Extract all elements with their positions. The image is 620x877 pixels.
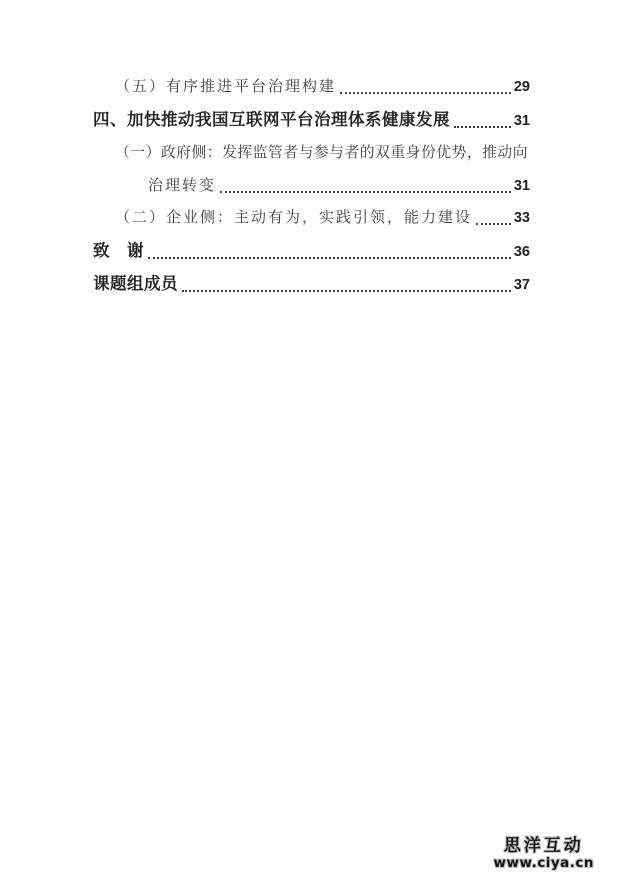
toc-entry-label: 四、加快推动我国互联网平台治理体系健康发展 xyxy=(93,109,450,131)
document-page: （五）有序推进平台治理构建 29 四、加快推动我国互联网平台治理体系健康发展 3… xyxy=(0,0,620,877)
toc-entry: 致 谢 36 xyxy=(93,240,530,263)
toc-entry: 课题组成员 37 xyxy=(93,273,530,296)
dot-leader xyxy=(148,257,511,259)
toc-page-number: 33 xyxy=(514,207,530,229)
dot-leader xyxy=(182,290,511,292)
toc-entry-label: （二）企业侧：主动有为，实践引领，能力建设 xyxy=(115,207,472,229)
toc-entry-continued: 治理转变 31 xyxy=(93,175,530,197)
toc-entry-label: 致 谢 xyxy=(93,240,144,262)
toc-page-number: 29 xyxy=(514,76,530,98)
toc-entry-label: 课题组成员 xyxy=(93,273,178,295)
table-of-contents: （五）有序推进平台治理构建 29 四、加快推动我国互联网平台治理体系健康发展 3… xyxy=(93,76,530,307)
toc-page-number: 36 xyxy=(514,241,530,263)
toc-entry: （一）政府侧：发挥监管者与参与者的双重身份优势，推动向 xyxy=(93,142,530,164)
toc-entry-label: （一）政府侧：发挥监管者与参与者的双重身份优势，推动向 xyxy=(115,142,528,164)
toc-page-number: 37 xyxy=(514,274,530,296)
toc-page-number: 31 xyxy=(514,110,530,132)
watermark: 思洋互动 www.ciya.cn xyxy=(494,837,594,871)
watermark-brand-text: 思洋互动 xyxy=(494,837,594,856)
dot-leader xyxy=(340,92,511,94)
toc-entry-label: （五）有序推进平台治理构建 xyxy=(115,76,336,98)
toc-entry: 四、加快推动我国互联网平台治理体系健康发展 31 xyxy=(93,109,530,132)
toc-entry: （五）有序推进平台治理构建 29 xyxy=(93,76,530,98)
toc-entry: （二）企业侧：主动有为，实践引领，能力建设 33 xyxy=(93,207,530,229)
toc-page-number: 31 xyxy=(514,175,530,197)
dot-leader xyxy=(476,223,511,225)
dot-leader xyxy=(454,126,511,128)
toc-entry-label: 治理转变 xyxy=(148,175,216,197)
dot-leader xyxy=(220,191,511,193)
watermark-url-text: www.ciya.cn xyxy=(494,856,594,871)
